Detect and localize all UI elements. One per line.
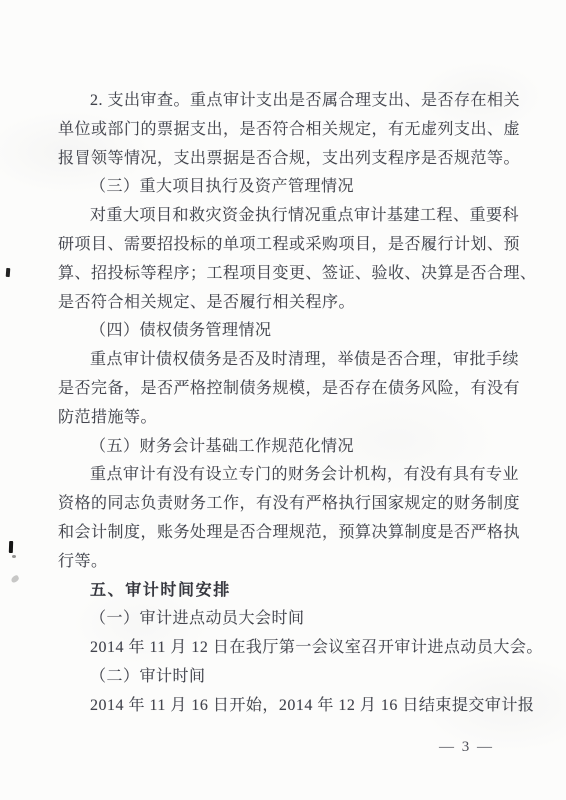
text-line: （五）财务会计基础工作规范化情况	[58, 433, 528, 462]
text-line: 2. 支出审查。重点审计支出是否属合理支出、是否存在相关	[58, 87, 528, 116]
text-line: （一）审计进点动员大会时间	[58, 605, 528, 634]
text-line: 和会计制度，账务处理是否合理规范，预算决算制度是否严格执	[58, 519, 528, 548]
text-line: 是否完备，是否严格控制债务规模，是否存在债务风险，有没有	[58, 375, 528, 404]
ink-speck-1	[6, 268, 11, 277]
ink-speck-2	[9, 541, 13, 553]
text-line: （四）债权债务管理情况	[58, 317, 528, 346]
text-line: 是否符合相关规定、是否履行相关程序。	[58, 289, 528, 318]
text-line: 重点审计债权债务是否及时清理，举债是否合理，审批手续	[58, 346, 528, 375]
document-body: 2. 支出审查。重点审计支出是否属合理支出、是否存在相关单位或部门的票据支出，是…	[58, 87, 528, 721]
text-line: 单位或部门的票据支出，是否符合相关规定，有无虚列支出、虚	[58, 116, 528, 145]
text-line: 重点审计有没有设立专门的财务会计机构，有没有具有专业	[58, 461, 528, 490]
ink-speck-3	[12, 555, 16, 558]
text-line: （三）重大项目执行及资产管理情况	[58, 173, 528, 202]
text-line: （二）审计时间	[58, 663, 528, 692]
text-line: 资格的同志负责财务工作，有没有严格执行国家规定的财务制度	[58, 490, 528, 519]
text-line: 防范措施等。	[58, 404, 528, 433]
text-line: 报冒领等情况，支出票据是否合规，支出列支程序是否规范等。	[58, 145, 528, 174]
document-lines: 2. 支出审查。重点审计支出是否属合理支出、是否存在相关单位或部门的票据支出，是…	[58, 87, 528, 721]
page-number: — 3 —	[439, 739, 494, 756]
text-line: 2014 年 11 月 12 日在我厅第一会议室召开审计进点动员大会。	[58, 634, 528, 663]
text-line: 2014 年 11 月 16 日开始，2014 年 12 月 16 日结束提交审…	[58, 692, 528, 721]
ink-smudge	[10, 574, 20, 583]
text-line: 研项目、需要招投标的单项工程或采购项目，是否履行计划、预	[58, 231, 528, 260]
scanned-document-page: { "colors": { "paper": "#fcfcfb", "ink":…	[0, 0, 566, 800]
section-heading-line: 五、审计时间安排	[58, 577, 528, 606]
text-line: 算、招投标等程序；工程项目变更、签证、验收、决算是否合理、	[58, 260, 528, 289]
text-line: 对重大项目和救灾资金执行情况重点审计基建工程、重要科	[58, 202, 528, 231]
text-line: 行等。	[58, 548, 528, 577]
